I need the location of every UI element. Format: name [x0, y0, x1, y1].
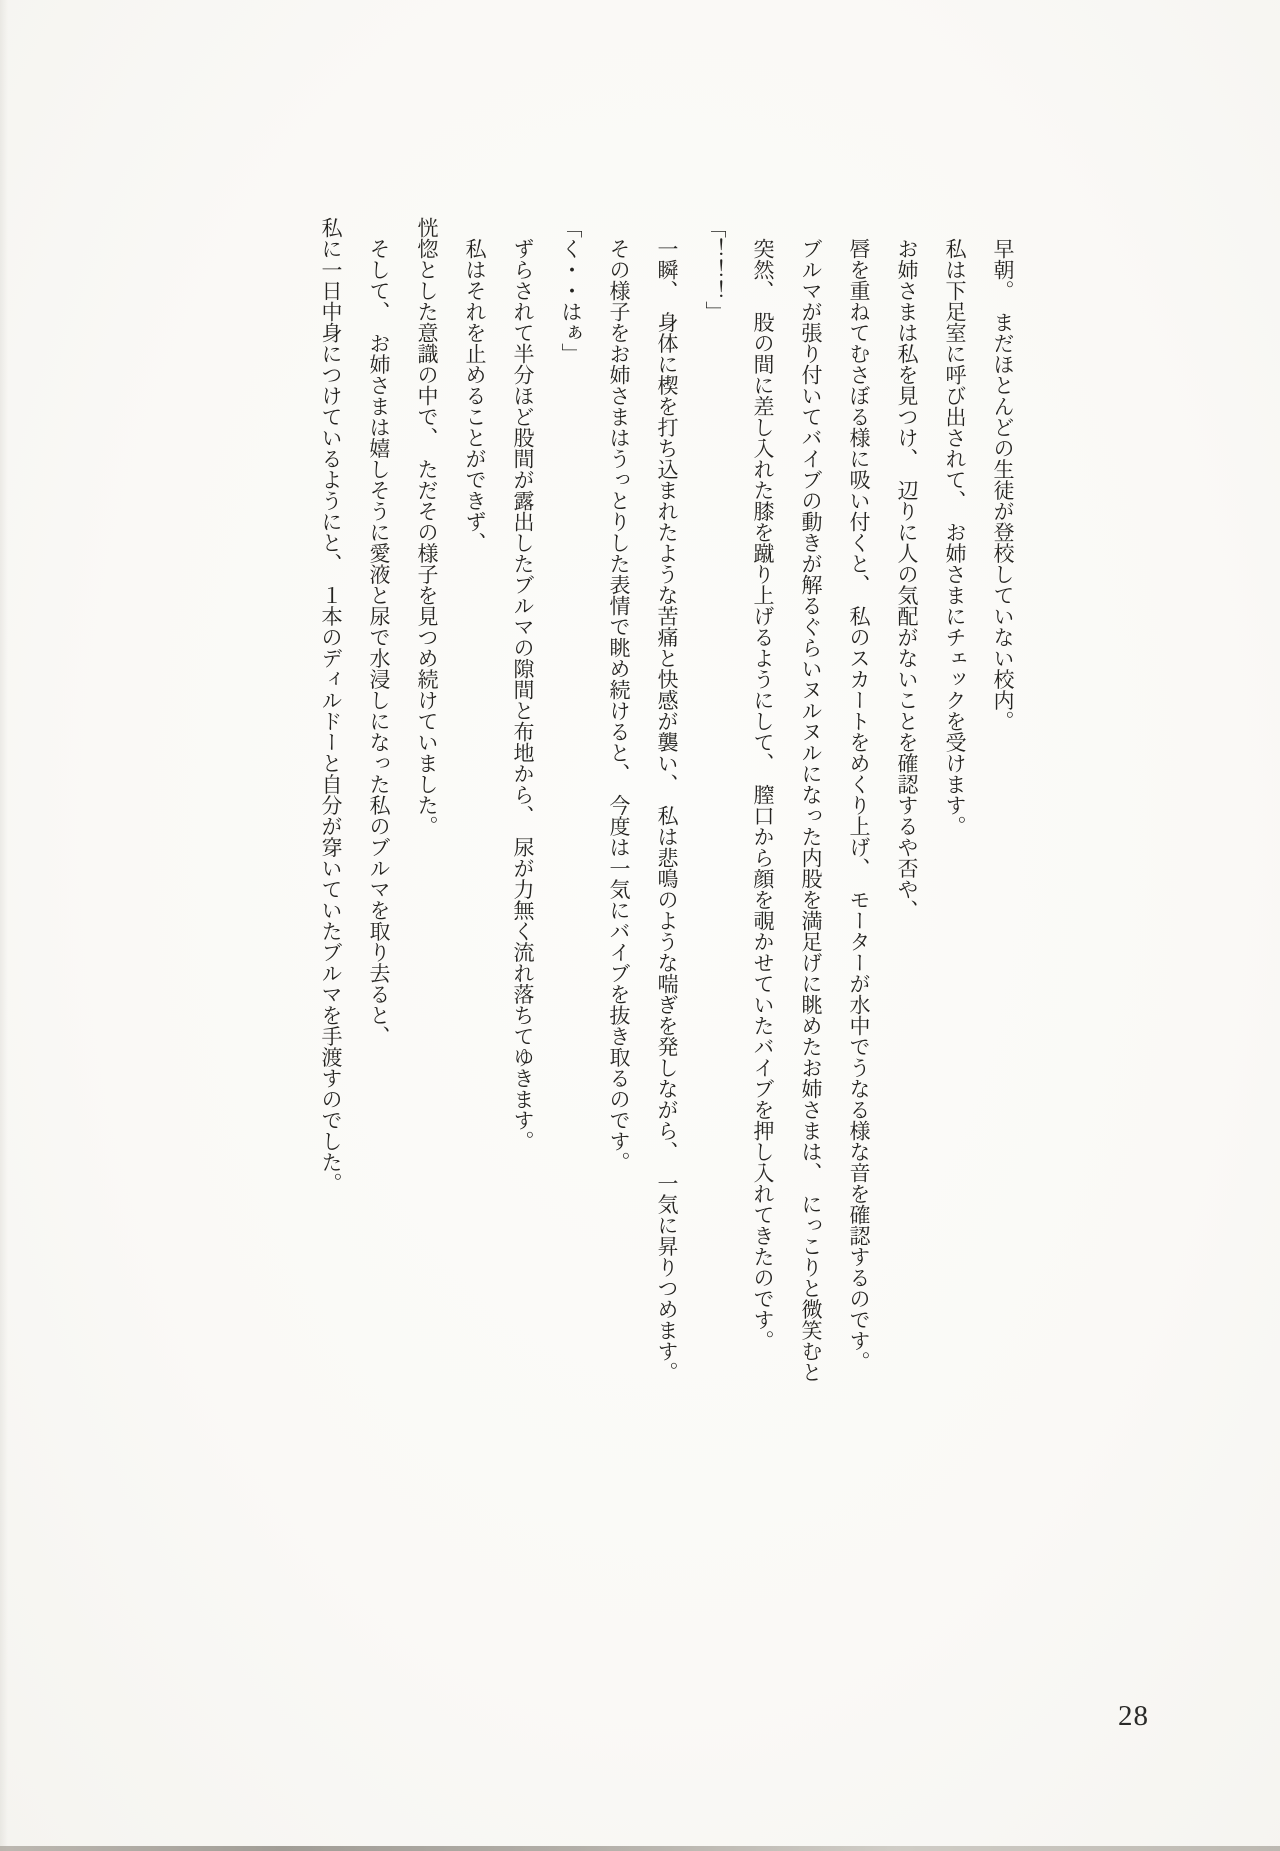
- text-column-3: お姉さまは私を見つけ、 辺りに人の気配がないことを確認するや否や、: [883, 217, 931, 1467]
- text-column-9: その様子をお姉さまはうっとりした表情で眺め続けると、 今度は一気にバイブを抜き取…: [595, 217, 643, 1467]
- text-column-14: そして、 お姉さまは嬉しそうに愛液と尿で水浸しになった私のブルマを取り去ると、: [355, 217, 403, 1467]
- text-column-6: 突然、 股の間に差し入れた膝を蹴り上げるようにして、 膣口から顔を覗かせていたバ…: [739, 217, 787, 1467]
- text-column-12: 私はそれを止めることができず、: [451, 217, 499, 1467]
- text-column-7-dialogue: 「！！！」: [691, 217, 739, 1467]
- text-column-10-dialogue: 「く・・はぁ」: [547, 217, 595, 1467]
- text-column-8: 一瞬、 身体に楔を打ち込まれたような苦痛と快感が襲い、 私は悲鳴のような喘ぎを発…: [643, 217, 691, 1467]
- text-column-5: ブルマが張り付いてバイブの動きが解るぐらいヌルヌルになった内股を満足げに眺めたお…: [787, 217, 835, 1467]
- text-column-1: 早朝。 まだほとんどの生徒が登校していない校内。: [979, 217, 1027, 1467]
- text-column-11: ずらされて半分ほど股間が露出したブルマの隙間と布地から、 尿が力無く流れ落ちてゆ…: [499, 217, 547, 1467]
- text-column-2: 私は下足室に呼び出されて、 お姉さまにチェックを受けます。: [931, 217, 979, 1467]
- scan-shadow-left-edge: [0, 0, 8, 1851]
- text-column-13: 恍惚とした意識の中で、 ただその様子を見つめ続けていました。: [403, 217, 451, 1467]
- scan-bottom-edge: [0, 1846, 1280, 1851]
- text-column-15: 私に一日中身につけているようにと、 １本のディルドーと自分が穿いていたブルマを手…: [307, 217, 355, 1467]
- vertical-text-block: 早朝。 まだほとんどの生徒が登校していない校内。 私は下足室に呼び出されて、 お…: [307, 217, 1027, 1467]
- text-column-4: 唇を重ねてむさぼる様に吸い付くと、 私のスカートをめくり上げ、 モーターが水中で…: [835, 217, 883, 1467]
- scanned-book-page: 早朝。 まだほとんどの生徒が登校していない校内。 私は下足室に呼び出されて、 お…: [0, 0, 1280, 1851]
- page-number: 28: [1118, 1700, 1149, 1733]
